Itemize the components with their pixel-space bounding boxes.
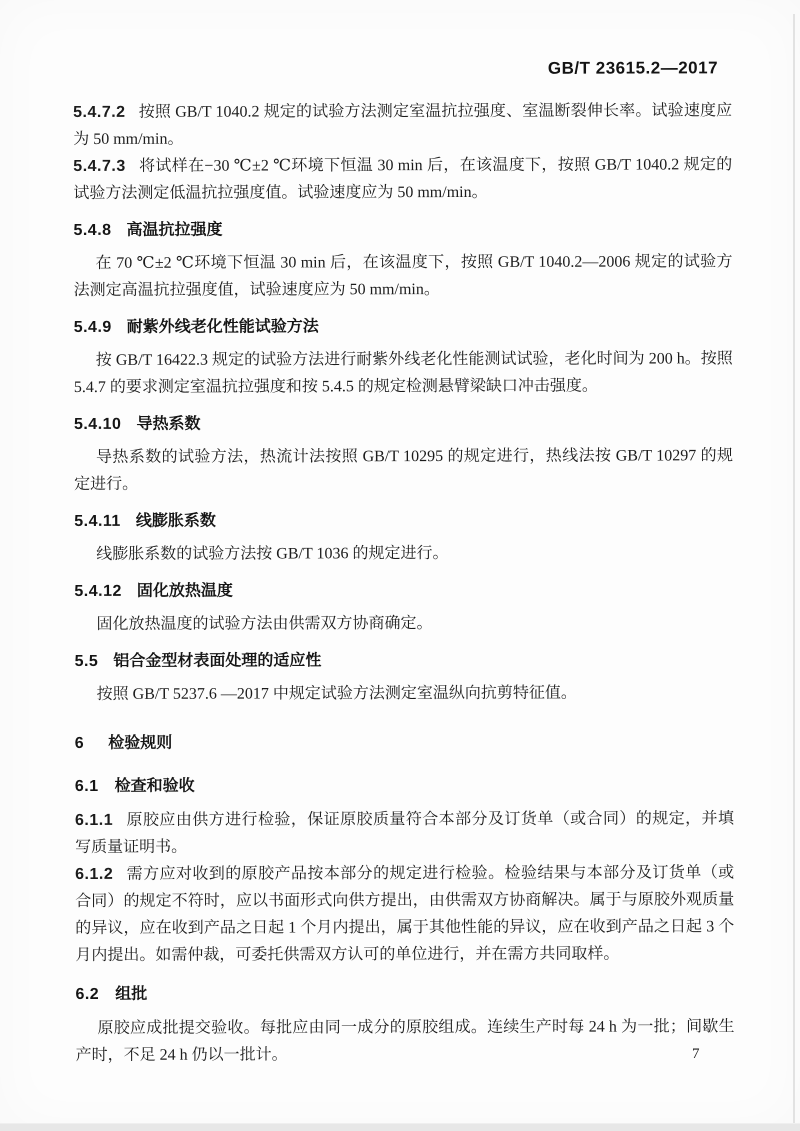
chapter-6: 6检验规则 [75,728,734,757]
paragraph: 导热系数的试验方法，热流计法按照 GB/T 10295 的规定进行，热线法按 G… [74,442,733,498]
heading-5-4-11: 5.4.11线膨胀系数 [74,506,733,535]
heading-text: 导热系数 [136,416,200,433]
clause-number: 6.1.2 [75,866,113,883]
heading-5-5: 5.5铝合金型材表面处理的适应性 [75,646,734,675]
paragraph: 原胶应成批提交验收。每批应由同一成分的原胶组成。连续生产时每 24 h 为一批；… [76,1013,735,1069]
paragraph: 按 GB/T 16422.3 规定的试验方法进行耐紫外线老化性能测试试验，老化时… [74,345,733,401]
heading-5-4-9: 5.4.9耐紫外线老化性能试验方法 [74,312,733,341]
clause-5-4-7-2: 5.4.7.2按照 GB/T 1040.2 规定的试验方法测定室温抗拉强度、室温… [73,97,732,153]
chapter-number: 6 [75,735,84,752]
paragraph: 线膨胀系数的试验方法按 GB/T 1036 的规定进行。 [74,539,733,568]
heading-number: 5.4.8 [73,222,111,239]
clause-6-1-1: 6.1.1原胶应由供方进行检验，保证原胶质量符合本部分及订货单（或合同）的规定，… [75,805,734,861]
paragraph: 按照 GB/T 5237.6 —2017 中规定试验方法测定室温纵向抗剪特征值。 [75,679,734,708]
heading-text: 耐紫外线老化性能试验方法 [127,318,319,336]
heading-text: 组批 [115,986,147,1003]
heading-number: 5.4.9 [74,319,112,336]
chapter-text: 检验规则 [108,735,172,752]
heading-text: 固化放热温度 [137,583,233,600]
heading-text: 铝合金型材表面处理的适应性 [113,652,321,670]
clause-text: 原胶应由供方进行检验，保证原胶质量符合本部分及订货单（或合同）的规定，并填写质量… [75,810,734,856]
clause-6-1-2: 6.1.2需方应对收到的原胶产品按本部分的规定进行检验。检验结果与本部分及订货单… [75,859,734,969]
heading-6-1: 6.1检查和验收 [75,771,734,800]
document-page: GB/T 23615.2—2017 5.4.7.2按照 GB/T 1040.2 … [0,0,800,1131]
clause-text: 将试样在−30 ℃±2 ℃环境下恒温 30 min 后，在该温度下，按照 GB/… [73,156,732,202]
scan-page-edge-right [793,14,795,1124]
page-number: 7 [692,1046,700,1063]
heading-number: 5.4.11 [74,513,121,530]
clause-5-4-7-3: 5.4.7.3将试样在−30 ℃±2 ℃环境下恒温 30 min 后，在该温度下… [73,151,732,207]
paragraph: 固化放热温度的试验方法由供需双方协商确定。 [74,609,733,638]
heading-5-4-10: 5.4.10导热系数 [74,409,733,438]
clause-number: 5.4.7.2 [73,104,125,121]
heading-number: 6.1 [75,778,99,795]
heading-5-4-12: 5.4.12固化放热温度 [74,576,733,605]
heading-text: 检查和验收 [115,778,195,795]
clause-number: 6.1.1 [75,812,113,829]
heading-number: 6.2 [75,986,99,1003]
heading-text: 高温抗拉强度 [127,222,223,239]
clause-text: 需方应对收到的原胶产品按本部分的规定进行检验。检验结果与本部分及订货单（或合同）… [75,864,734,964]
paragraph: 在 70 ℃±2 ℃环境下恒温 30 min 后，在该温度下，按照 GB/T 1… [73,248,732,304]
scan-page-edge-bottom [0,1123,800,1131]
heading-6-2: 6.2组批 [75,979,734,1008]
heading-text: 线膨胀系数 [136,513,216,530]
clause-number: 5.4.7.3 [73,158,125,175]
heading-number: 5.5 [75,653,99,670]
heading-number: 5.4.10 [74,416,122,433]
heading-number: 5.4.12 [74,583,122,600]
page-content: GB/T 23615.2—2017 5.4.7.2按照 GB/T 1040.2 … [73,58,735,1069]
heading-5-4-8: 5.4.8高温抗拉强度 [73,215,732,244]
clause-text: 按照 GB/T 1040.2 规定的试验方法测定室温抗拉强度、室温断裂伸长率。试… [73,102,732,148]
standard-number-header: GB/T 23615.2—2017 [73,58,732,80]
